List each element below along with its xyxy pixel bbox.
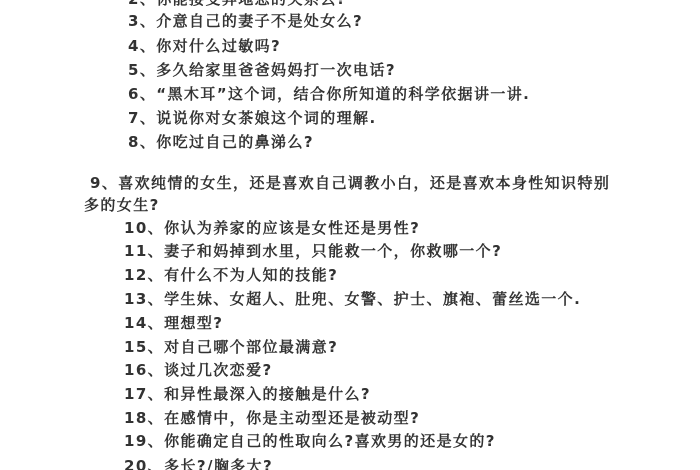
document-page: 2、你能接受异地恋的关系么? 3、介意自己的妻子不是处女么? 4、你对什么过敏吗… [0,0,700,470]
list-item-8: 8、你吃过自己的鼻涕么? [128,134,314,151]
list-item-10: 10、你认为养家的应该是女性还是男性? [124,220,420,237]
list-item-2: 2、你能接受异地恋的关系么? [128,0,347,8]
list-item-4: 4、你对什么过敏吗? [128,38,281,55]
list-item-6: 6、“黑木耳”这个词，结合你所知道的科学依据讲一讲. [128,86,530,103]
list-item-17: 17、和异性最深入的接触是什么? [124,386,371,403]
list-item-13: 13、学生妹、女超人、肚兜、女警、护士、旗袍、蕾丝选一个. [124,291,581,308]
list-item-19: 19、你能确定自己的性取向么?喜欢男的还是女的? [124,433,496,450]
list-item-18: 18、在感情中，你是主动型还是被动型? [124,410,420,427]
list-item-16: 16、谈过几次恋爱? [124,362,273,379]
list-item-12: 12、有什么不为人知的技能? [124,267,338,284]
list-item-20: 20、多长?/胸多大? [124,458,273,470]
list-item-14: 14、理想型? [124,315,223,332]
list-item-11: 11、妻子和妈掉到水里，只能救一个，你救哪一个? [124,243,502,260]
list-item-9: 9、喜欢纯情的女生，还是喜欢自己调教小白，还是喜欢本身性知识特别多的女生? [84,172,624,216]
list-item-7: 7、说说你对女茶娘这个词的理解. [128,110,377,127]
list-item-15: 15、对自己哪个部位最满意? [124,339,338,356]
list-item-3: 3、介意自己的妻子不是处女么? [128,13,363,30]
list-item-5: 5、多久给家里爸爸妈妈打一次电话? [128,62,396,79]
